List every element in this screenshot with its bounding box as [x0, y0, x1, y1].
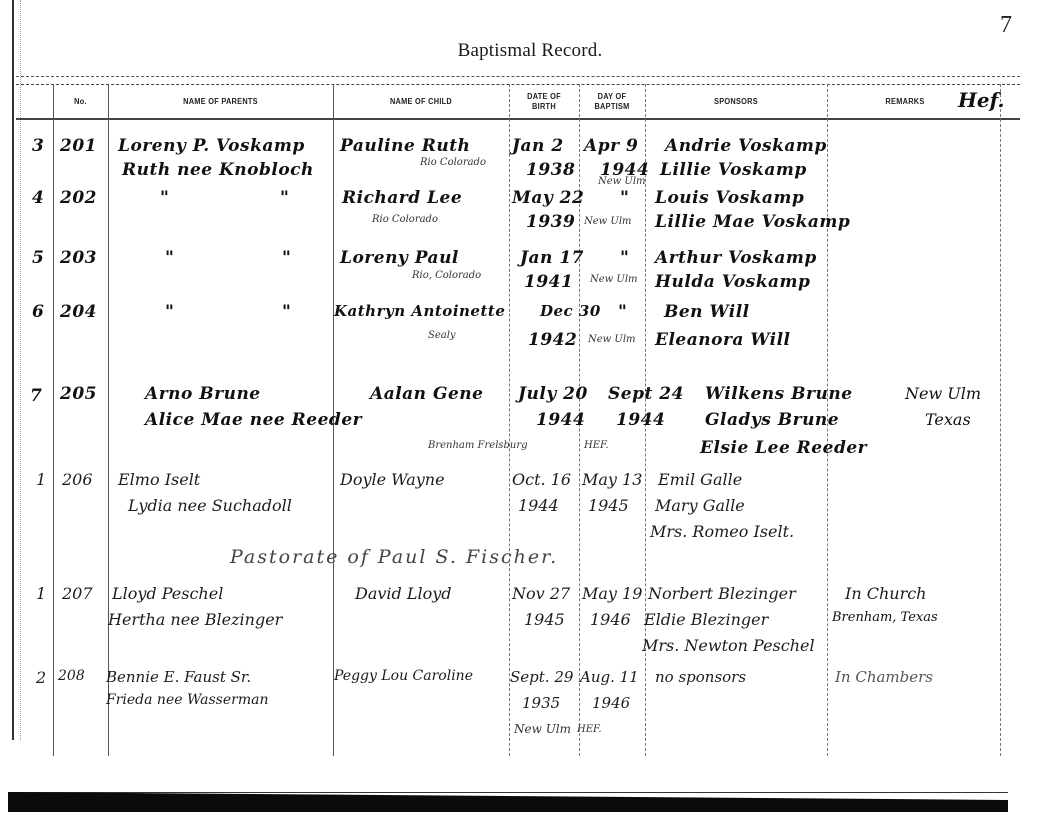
line-number: 2 — [36, 668, 46, 687]
birth-date: May 22 — [512, 188, 584, 208]
mother-name: Lydia nee Suchadoll — [128, 496, 292, 515]
child-name: Pauline Ruth — [340, 136, 470, 156]
child-name: Peggy Lou Caroline — [334, 668, 473, 684]
baptism-place: New Ulm — [590, 274, 638, 285]
baptism-place: New Ulm — [588, 334, 636, 345]
baptism-place: HEF. — [584, 440, 609, 451]
header-no: No. — [55, 86, 106, 118]
father-name: " — [160, 188, 169, 208]
sponsor: Arthur Voskamp — [655, 248, 817, 268]
mother-name: " — [280, 188, 289, 208]
mother-name: Alice Mae nee Reeder — [145, 410, 362, 430]
page-binding-edge — [12, 0, 21, 740]
birth-year: 1942 — [528, 330, 577, 350]
baptism-place: HEF. — [577, 724, 602, 735]
birth-place: New Ulm — [514, 722, 571, 736]
baptism-date: May 13 — [582, 470, 642, 489]
line-number: 3 — [32, 136, 44, 156]
child-place: Rio Colorado — [420, 157, 486, 168]
birth-date: Jan 2 — [512, 136, 564, 156]
birth-date: Oct. 16 — [512, 470, 571, 489]
sponsor: Norbert Blezinger — [648, 584, 796, 603]
sponsor: Eleanora Will — [655, 330, 791, 350]
pastorate-note: Pastorate of Paul S. Fischer. — [230, 546, 558, 568]
record-number: 203 — [60, 248, 97, 268]
birth-date: Sept. 29 — [510, 668, 573, 686]
sponsor: Ben Will — [664, 302, 750, 322]
child-name: Doyle Wayne — [340, 470, 445, 489]
column-divider — [509, 84, 510, 756]
birth-year: 1935 — [522, 694, 560, 712]
record-number: 204 — [60, 302, 97, 322]
record-number: 202 — [60, 188, 97, 208]
father-name: " — [165, 248, 174, 268]
birth-date: July 20 — [518, 384, 588, 404]
page-bottom-shadow — [8, 792, 1008, 812]
header-parents: NAME OF PARENTS — [117, 86, 324, 118]
sponsor: Elsie Lee Reeder — [700, 438, 867, 458]
child-name: Richard Lee — [342, 188, 462, 208]
father-name: " — [165, 302, 174, 322]
birth-year: 1945 — [524, 610, 565, 629]
birth-date: Dec 30 — [540, 302, 601, 320]
child-name: David Lloyd — [355, 584, 452, 603]
line-number: 1 — [36, 584, 46, 603]
sponsor: Emil Galle — [658, 470, 742, 489]
header-remarks: REMARKS — [864, 86, 947, 118]
header-annotation: Hef. — [958, 88, 1004, 112]
father-name: Bennie E. Faust Sr. — [106, 668, 251, 686]
column-divider — [108, 84, 109, 756]
baptism-date: Aug. 11 — [580, 668, 639, 686]
father-name: Lloyd Peschel — [112, 584, 223, 603]
child-place: Rio, Colorado — [412, 270, 481, 281]
sponsor: no sponsors — [655, 668, 746, 686]
page-number: 7 — [1000, 12, 1012, 39]
sponsor: Mrs. Romeo Iselt. — [650, 522, 794, 541]
child-name: Aalan Gene — [370, 384, 483, 404]
birth-date: Nov 27 — [512, 584, 570, 603]
child-name: Kathryn Antoinette — [334, 302, 505, 320]
record-number: 201 — [60, 136, 97, 156]
sponsor: Lillie Voskamp — [660, 160, 807, 180]
baptism-year: 1945 — [588, 496, 629, 515]
line-number: 1 — [36, 470, 46, 489]
header-baptism: DAY OF BAPTISM — [582, 86, 643, 118]
bottom-rule — [8, 792, 1008, 793]
baptism-date: " — [620, 248, 629, 268]
line-number: 5 — [32, 248, 44, 268]
column-divider — [1000, 84, 1001, 756]
remark: In Chambers — [835, 668, 933, 686]
remark: Texas — [925, 410, 971, 429]
sponsor: Louis Voskamp — [655, 188, 804, 208]
sponsor: Lillie Mae Voskamp — [655, 212, 850, 232]
mother-name: Ruth nee Knobloch — [122, 160, 314, 180]
baptism-place: New Ulm — [598, 176, 646, 187]
birth-year: 1939 — [526, 212, 575, 232]
line-number: 7 — [30, 386, 42, 406]
child-place: Brenham Frelsburg — [428, 440, 528, 451]
sponsor: Gladys Brune — [705, 410, 839, 430]
mother-name: Hertha nee Blezinger — [108, 610, 282, 629]
sponsor: Eldie Blezinger — [644, 610, 768, 629]
child-place: Sealy — [428, 330, 456, 341]
record-number: 208 — [58, 668, 85, 684]
father-name: Elmo Iselt — [118, 470, 200, 489]
column-divider — [53, 84, 54, 756]
mother-name: Frieda nee Wasserman — [106, 692, 268, 708]
page-title: Baptismal Record. — [0, 40, 1060, 62]
father-name: Loreny P. Voskamp — [118, 136, 305, 156]
baptism-place: New Ulm — [584, 216, 632, 227]
header-sponsors: SPONSORS — [652, 86, 819, 118]
baptism-year: 1946 — [592, 694, 630, 712]
record-number: 206 — [62, 470, 93, 489]
birth-year: 1938 — [526, 160, 575, 180]
line-number: 4 — [32, 188, 44, 208]
sponsor: Hulda Voskamp — [655, 272, 810, 292]
baptism-date: Apr 9 — [584, 136, 638, 156]
header-child: NAME OF CHILD — [340, 86, 502, 118]
mother-name: " — [282, 302, 291, 322]
sponsor: Wilkens Brune — [705, 384, 853, 404]
father-name: Arno Brune — [145, 384, 261, 404]
birth-year: 1941 — [524, 272, 573, 292]
record-number: 205 — [60, 384, 97, 404]
top-rule — [16, 76, 1020, 77]
line-number: 6 — [32, 302, 44, 322]
child-place: Rio Colorado — [372, 214, 438, 225]
child-name: Loreny Paul — [340, 248, 459, 268]
remark: Brenham, Texas — [832, 610, 938, 625]
baptism-year: 1946 — [590, 610, 631, 629]
remark: New Ulm — [905, 384, 981, 403]
baptism-date: Sept 24 — [608, 384, 684, 404]
sponsor: Andrie Voskamp — [665, 136, 827, 156]
baptism-date: May 19 — [582, 584, 642, 603]
header-birth: DATE OF BIRTH — [512, 86, 576, 118]
sponsor: Mary Galle — [655, 496, 745, 515]
header-top-rule — [16, 84, 1020, 85]
mother-name: " — [282, 248, 291, 268]
remark: In Church — [845, 584, 926, 603]
sponsor: Mrs. Newton Peschel — [642, 636, 815, 655]
record-number: 207 — [62, 584, 93, 603]
header-bottom-rule — [16, 118, 1020, 120]
birth-year: 1944 — [536, 410, 585, 430]
birth-date: Jan 17 — [520, 248, 584, 268]
baptism-year: 1944 — [616, 410, 665, 430]
baptism-date: " — [620, 188, 629, 208]
baptism-date: " — [618, 302, 627, 322]
birth-year: 1944 — [518, 496, 559, 515]
